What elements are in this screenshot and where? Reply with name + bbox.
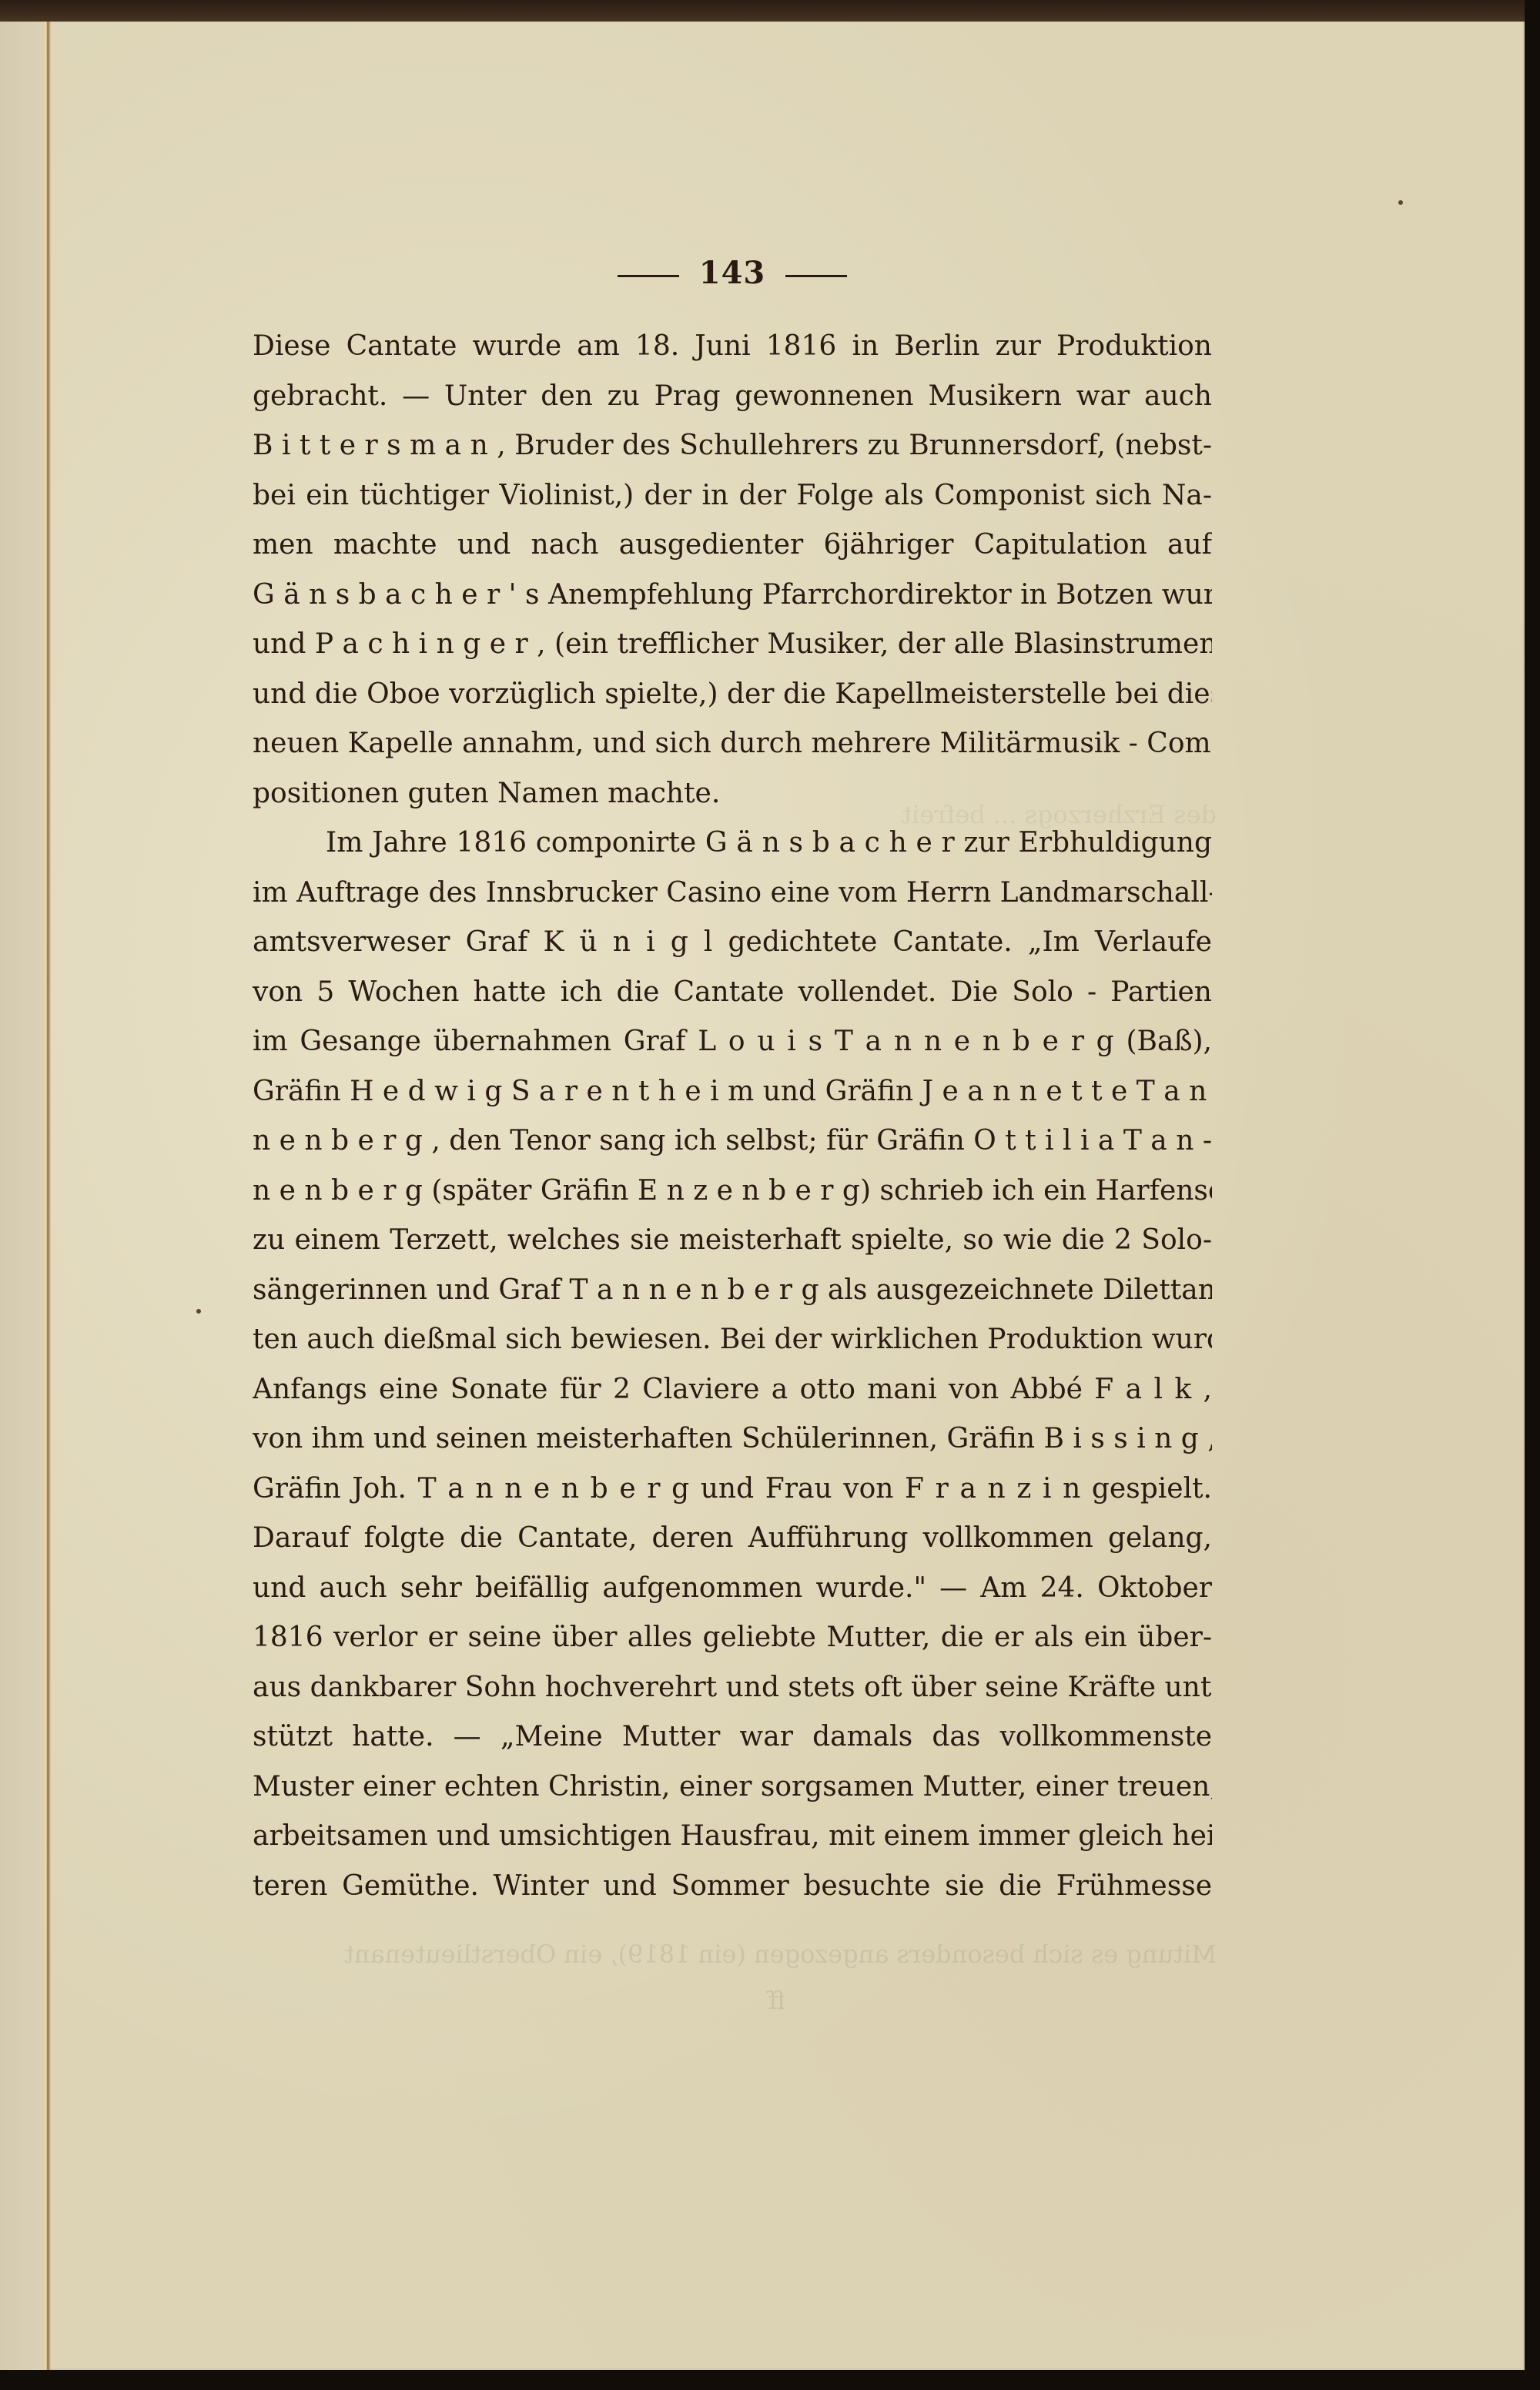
text-line: bei ein tüchtiger Violinist,) der in der… — [253, 471, 1212, 521]
show-through-text-lower: Mitung es sich besonders angezogen (ein … — [246, 1931, 1217, 2023]
binding-right-edge — [1525, 0, 1540, 2390]
page-number-dash-left — [618, 275, 679, 277]
page-number-value: 143 — [699, 255, 766, 291]
text-line: stützt hatte. — „Meine Mutter war damals… — [253, 1712, 1212, 1762]
text-line: ten auch dießmal sich bewiesen. Bei der … — [253, 1315, 1212, 1365]
binding-bottom-edge — [0, 2370, 1540, 2390]
text-line: Gräfin Joh. T a n n e n b e r g und Frau… — [253, 1464, 1212, 1515]
text-line: Muster einer echten Christin, einer sorg… — [253, 1762, 1212, 1813]
show-through-line: Mitung es sich besonders angezogen (ein … — [246, 1931, 1217, 1977]
text-line: n e n b e r g (später Gräfin E n z e n b… — [253, 1167, 1212, 1217]
text-line: und P a c h i n g e r , (ein trefflicher… — [253, 620, 1212, 670]
text-line: im Auftrage des Innsbrucker Casino eine … — [253, 869, 1212, 919]
binding-top-edge — [0, 0, 1540, 23]
text-line: Gräfin H e d w i g S a r e n t h e i m u… — [253, 1067, 1212, 1117]
text-line: Darauf folgte die Cantate, deren Aufführ… — [253, 1514, 1212, 1564]
text-line: Diese Cantate wurde am 18. Juni 1816 in … — [253, 322, 1212, 372]
text-line: von ihm und seinen meisterhaften Schüler… — [253, 1414, 1212, 1464]
text-line: neuen Kapelle annahm, und sich durch meh… — [253, 719, 1212, 769]
text-line: Anfangs eine Sonate für 2 Claviere a ott… — [253, 1365, 1212, 1415]
text-line: aus dankbarer Sohn hochverehrt und stets… — [253, 1663, 1212, 1713]
text-line: n e n b e r g , den Tenor sang ich selbs… — [253, 1116, 1212, 1167]
text-line: sängerinnen und Graf T a n n e n b e r g… — [253, 1266, 1212, 1316]
paper-speck — [1398, 200, 1403, 205]
text-line: und auch sehr beifällig aufgenommen wurd… — [253, 1564, 1212, 1614]
text-line: 1816 verlor er seine über alles geliebte… — [253, 1613, 1212, 1663]
gutter-shade — [0, 22, 43, 2370]
text-line: im Gesange übernahmen Graf L o u i s T a… — [253, 1017, 1212, 1067]
text-line: arbeitsamen und umsichtigen Hausfrau, mi… — [253, 1812, 1212, 1862]
page-number: 143 — [253, 254, 1212, 293]
scanned-book-page: des Erzherzogs ... befreit Mitung es sic… — [0, 0, 1540, 2390]
text-line: men machte und nach ausgedienter 6jährig… — [253, 521, 1212, 571]
text-line: amtsverweser Graf K ü n i g l gedichtete… — [253, 918, 1212, 968]
text-line: gebracht. — Unter den zu Prag gewonnenen… — [253, 372, 1212, 422]
page-number-dash-right — [785, 275, 847, 277]
text-line: teren Gemüthe. Winter und Sommer besucht… — [253, 1862, 1212, 1912]
text-line: zu einem Terzett, welches sie meisterhaf… — [253, 1216, 1212, 1266]
text-line: und die Oboe vorzüglich spielte,) der di… — [253, 670, 1212, 720]
paper-speck — [196, 1309, 201, 1314]
body-text: Diese Cantate wurde am 18. Juni 1816 in … — [253, 322, 1212, 1911]
paragraph-start-line: Im Jahre 1816 componirte G ä n s b a c h… — [253, 818, 1212, 869]
spine-fold-line — [43, 22, 51, 2370]
paragraph-end-line: positionen guten Namen machte. — [253, 769, 1212, 819]
show-through-line: ff — [246, 1977, 1217, 2023]
text-line: G ä n s b a c h e r ' s Anempfehlung Pfa… — [253, 571, 1212, 621]
text-line: B i t t e r s m a n , Bruder des Schulle… — [253, 421, 1212, 471]
text-line: von 5 Wochen hatte ich die Cantate volle… — [253, 968, 1212, 1018]
